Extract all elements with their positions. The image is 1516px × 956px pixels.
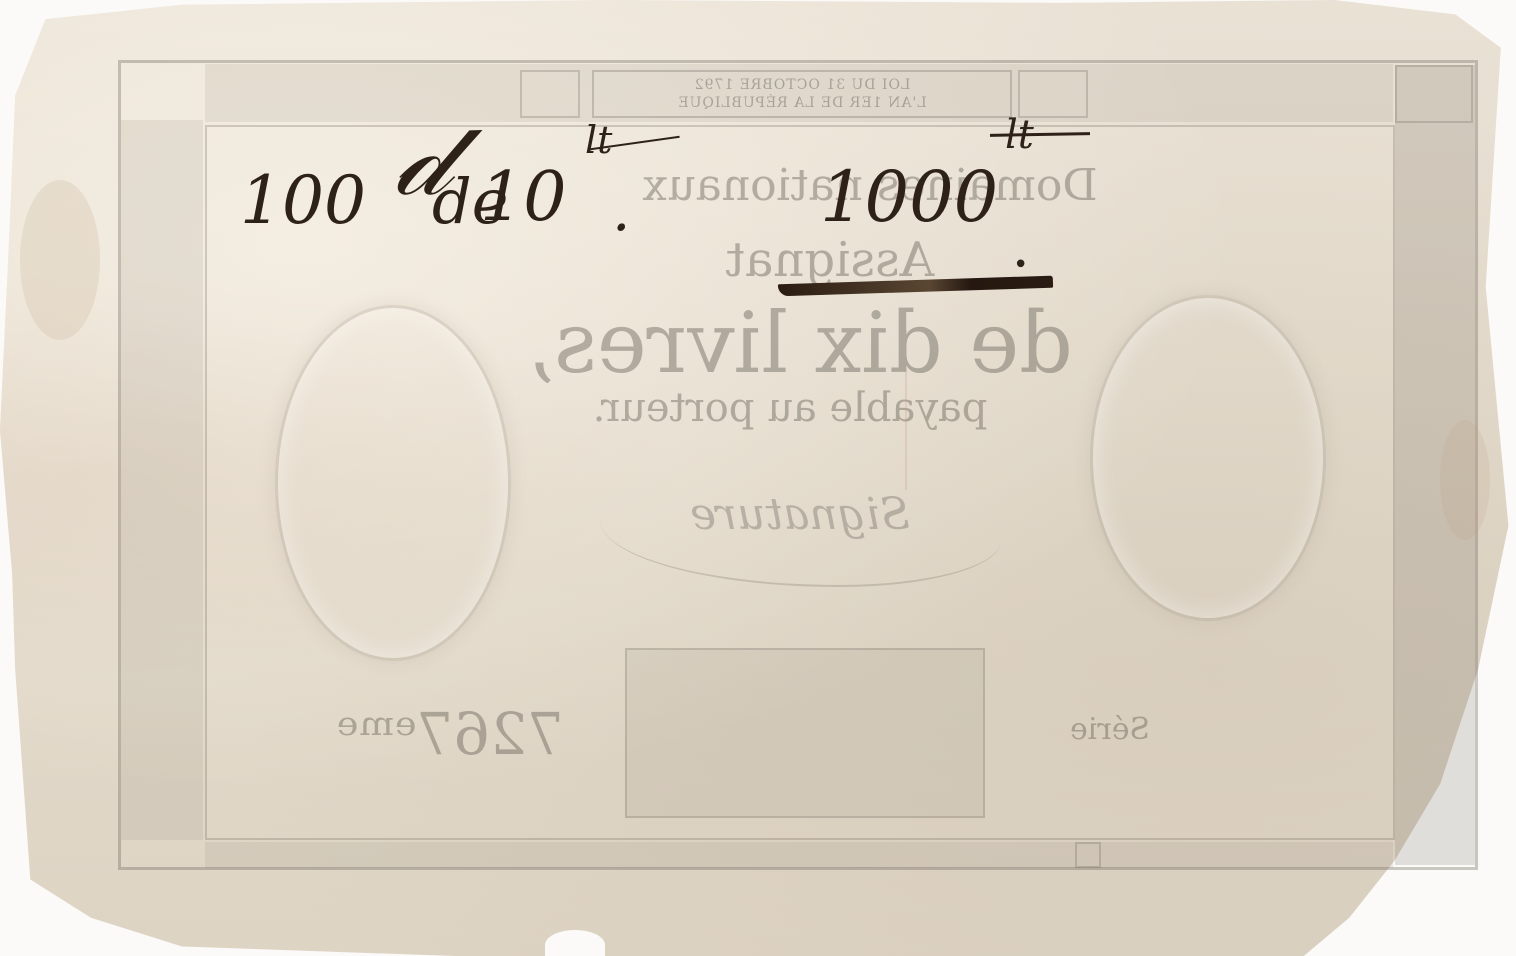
top-label-line-2: L'AN 1ER DE LA RÉPUBLIQUE [677, 94, 926, 112]
handwritten-denomination: 10 [480, 158, 567, 237]
corner-ornament-box [1395, 65, 1473, 123]
left-dry-seal-medallion [275, 305, 511, 661]
handwritten-livres-abbrev-1: lt [585, 118, 612, 162]
top-label-line-1: LOI DU 31 OCTOBRE 1792 [694, 76, 911, 94]
bottom-ornament-box [1075, 842, 1101, 868]
center-stamp-box [625, 648, 985, 818]
paper-stain [1440, 420, 1490, 540]
serial-number: 7267ᵉᵐᵉ [290, 700, 610, 768]
right-dry-seal-medallion [1090, 295, 1326, 621]
serie-label: Série [1050, 712, 1170, 747]
paper-tear [545, 930, 605, 956]
handwritten-separator: . [612, 176, 630, 244]
denomination-text: de dix livres, [500, 298, 1100, 388]
payable-text: payable au porteur. [530, 385, 1050, 431]
handwritten-count: 100 [240, 162, 366, 239]
paper-crease [905, 330, 907, 490]
handwritten-total: 1000 [820, 156, 998, 238]
top-right-ornament-box [1018, 70, 1088, 118]
top-left-ornament-box [520, 70, 580, 118]
paper-stain [20, 180, 100, 340]
top-law-label: LOI DU 31 OCTOBRE 1792 L'AN 1ER DE LA RÉ… [592, 70, 1012, 118]
